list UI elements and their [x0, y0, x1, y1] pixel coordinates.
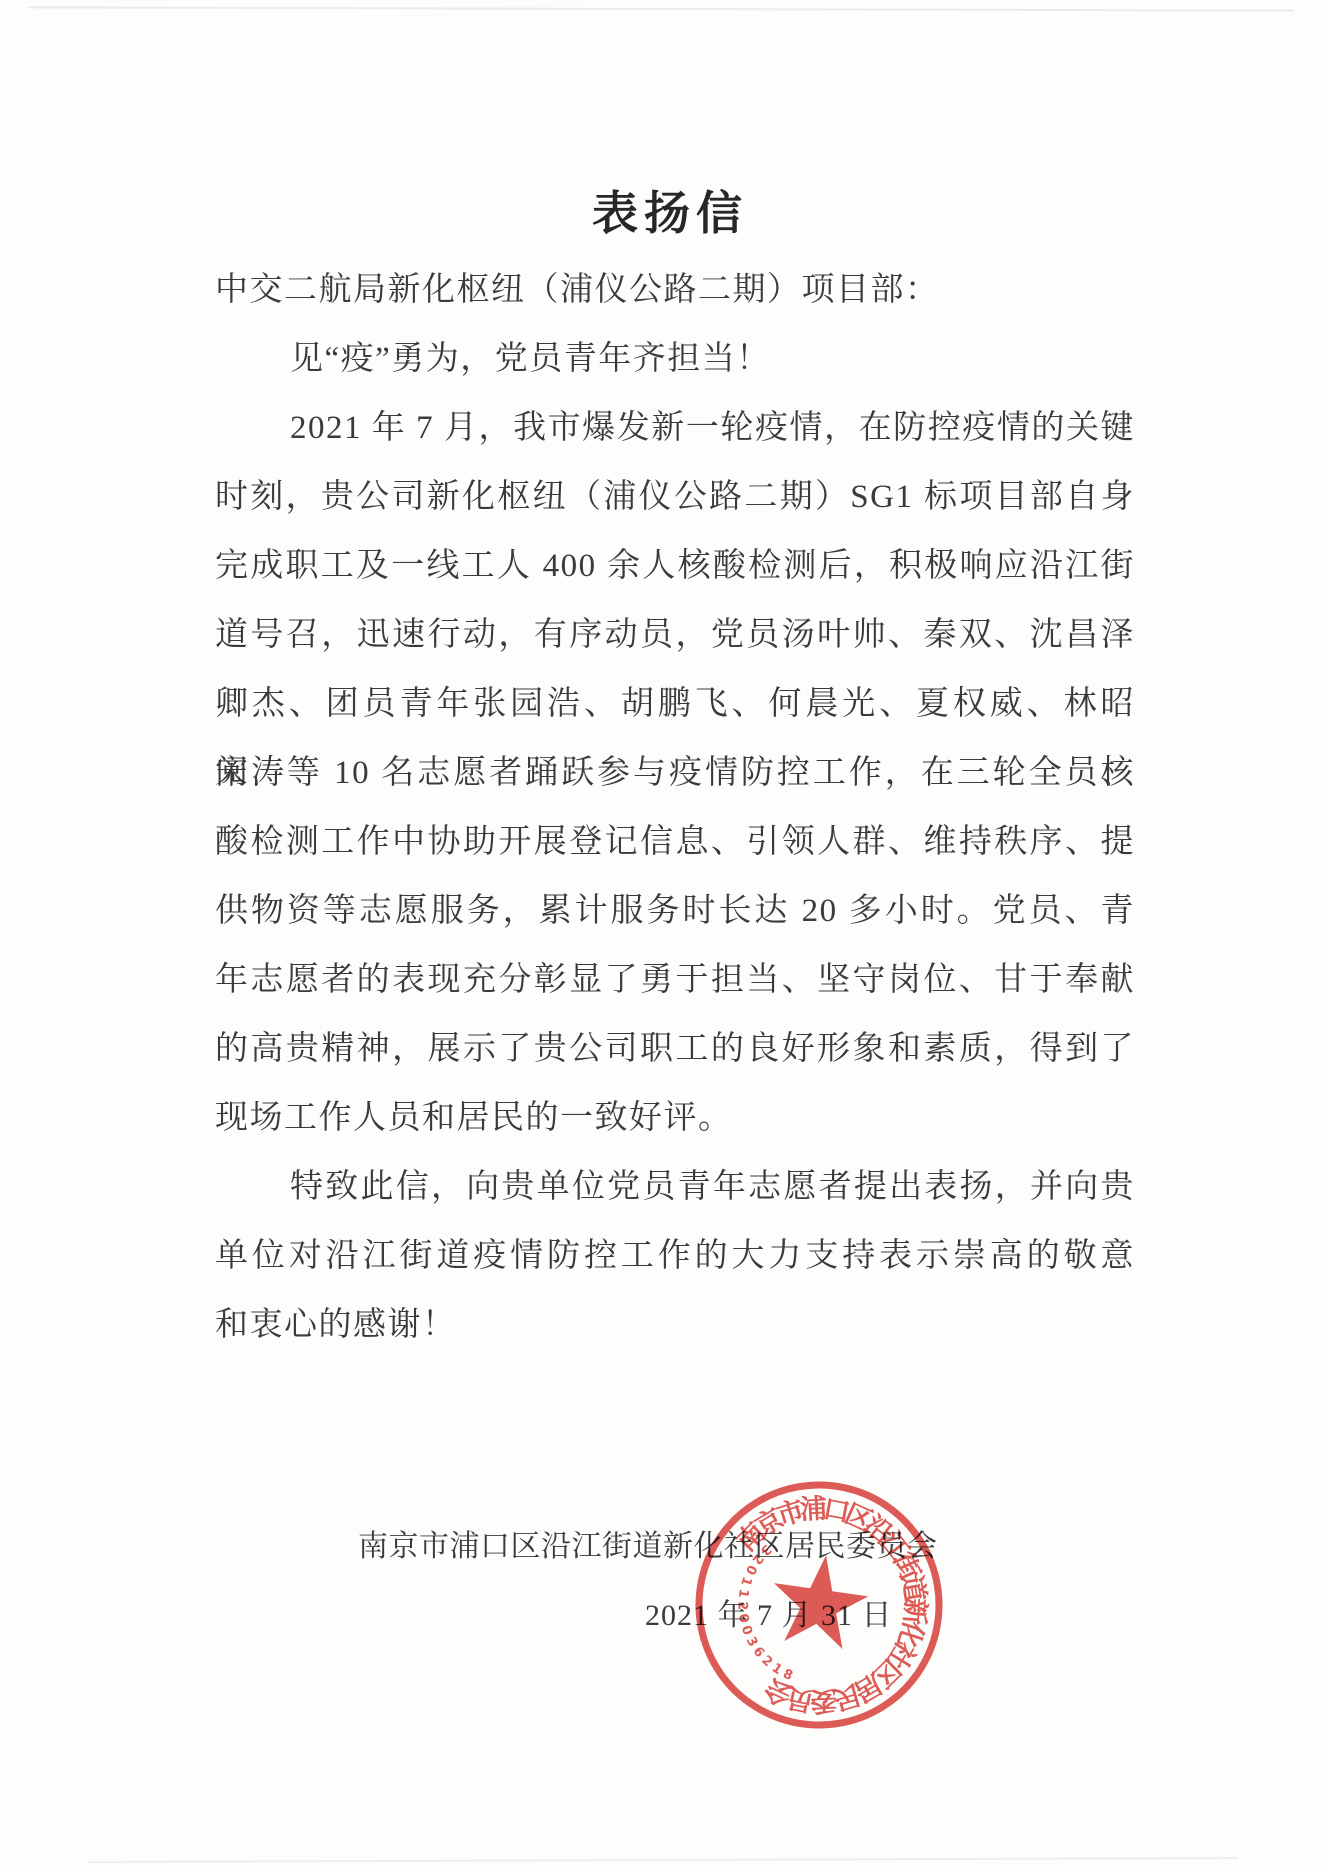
- seal-code-char: 2: [758, 1653, 775, 1670]
- body-line: 宋涛等 10 名志愿者踊跃参与疫情防控工作，在三轮全员核: [215, 739, 1135, 808]
- body-line: 时刻，贵公司新化枢纽（浦仪公路二期）SG1 标项目部自身: [215, 463, 1135, 532]
- scan-artifact-bottom: [88, 1857, 1238, 1863]
- seal-code-char: 1: [737, 1575, 754, 1588]
- body-line: 单位对沿江街道疫情防控工作的大力支持表示崇高的敬意: [215, 1222, 1135, 1291]
- body-line: 酸检测工作中协助开展登记信息、引领人群、维持秩序、提: [215, 808, 1135, 877]
- seal-org-char: 居: [849, 1668, 888, 1708]
- seal-code-char: 6: [750, 1644, 767, 1660]
- body-line: 道号召，迅速行动，有序动员，党员汤叶帅、秦双、沈昌泽: [215, 601, 1135, 670]
- seal-org-char: 社: [881, 1636, 921, 1675]
- body-lines: 中交二航局新化枢纽（浦仪公路二期）项目部：见“疫”勇为，党员青年齐担当！2021…: [215, 256, 1135, 1360]
- body-line: 2021 年 7 月，我市爆发新一轮疫情，在防控疫情的关键: [215, 394, 1135, 463]
- body-line: 中交二航局新化枢纽（浦仪公路二期）项目部：: [215, 256, 1135, 325]
- signature-line: 南京市浦口区沿江街道新化社区居民委员会: [358, 1521, 938, 1565]
- body-line: 见“疫”勇为，党员青年齐担当！: [215, 325, 1135, 394]
- seal-code-char: 1: [769, 1661, 785, 1679]
- seal-org-char: 道: [896, 1572, 930, 1604]
- body-line: 卿杰、团员青年张园浩、胡鹏飞、何晨光、夏权威、林昭阅、: [215, 670, 1135, 739]
- date-line: 2021 年 7 月 31 日: [645, 1590, 893, 1634]
- seal-org-char: 区: [866, 1653, 906, 1693]
- page-title: 表扬信: [0, 189, 1322, 240]
- scan-artifact-top: [28, 6, 1294, 11]
- seal-org-char: 会: [760, 1673, 797, 1712]
- seal-code-char: 8: [780, 1667, 794, 1684]
- seal-org-char: 民: [829, 1679, 863, 1715]
- body-line: 的高贵精神，展示了贵公司职工的良好形象和素质，得到了: [215, 1015, 1135, 1084]
- body-line: 年志愿者的表现充分彰显了勇于担当、坚守岗位、甘于奉献: [215, 946, 1135, 1015]
- body-line: 现场工作人员和居民的一致好评。: [215, 1084, 1135, 1153]
- seal-code-char: 3: [743, 1634, 761, 1649]
- body-line: 供物资等志愿服务，累计服务时长达 20 多小时。党员、青: [215, 877, 1135, 946]
- seal-org-char: 委: [809, 1685, 837, 1716]
- seal-org-char: 化: [892, 1616, 930, 1652]
- body-line: 和衷心的感谢！: [215, 1291, 1135, 1360]
- body-line: 特致此信，向贵单位党员青年志愿者提出表扬，并向贵: [215, 1153, 1135, 1222]
- seal-org-char: 新: [899, 1597, 931, 1626]
- letter-page: 表扬信 中交二航局新化枢纽（浦仪公路二期）项目部：见“疫”勇为，党员青年齐担当！…: [0, 0, 1322, 1871]
- body-line: 完成职工及一线工人 400 余人核酸检测后，积极响应沿江街: [215, 532, 1135, 601]
- seal-org-char: 员: [782, 1681, 816, 1716]
